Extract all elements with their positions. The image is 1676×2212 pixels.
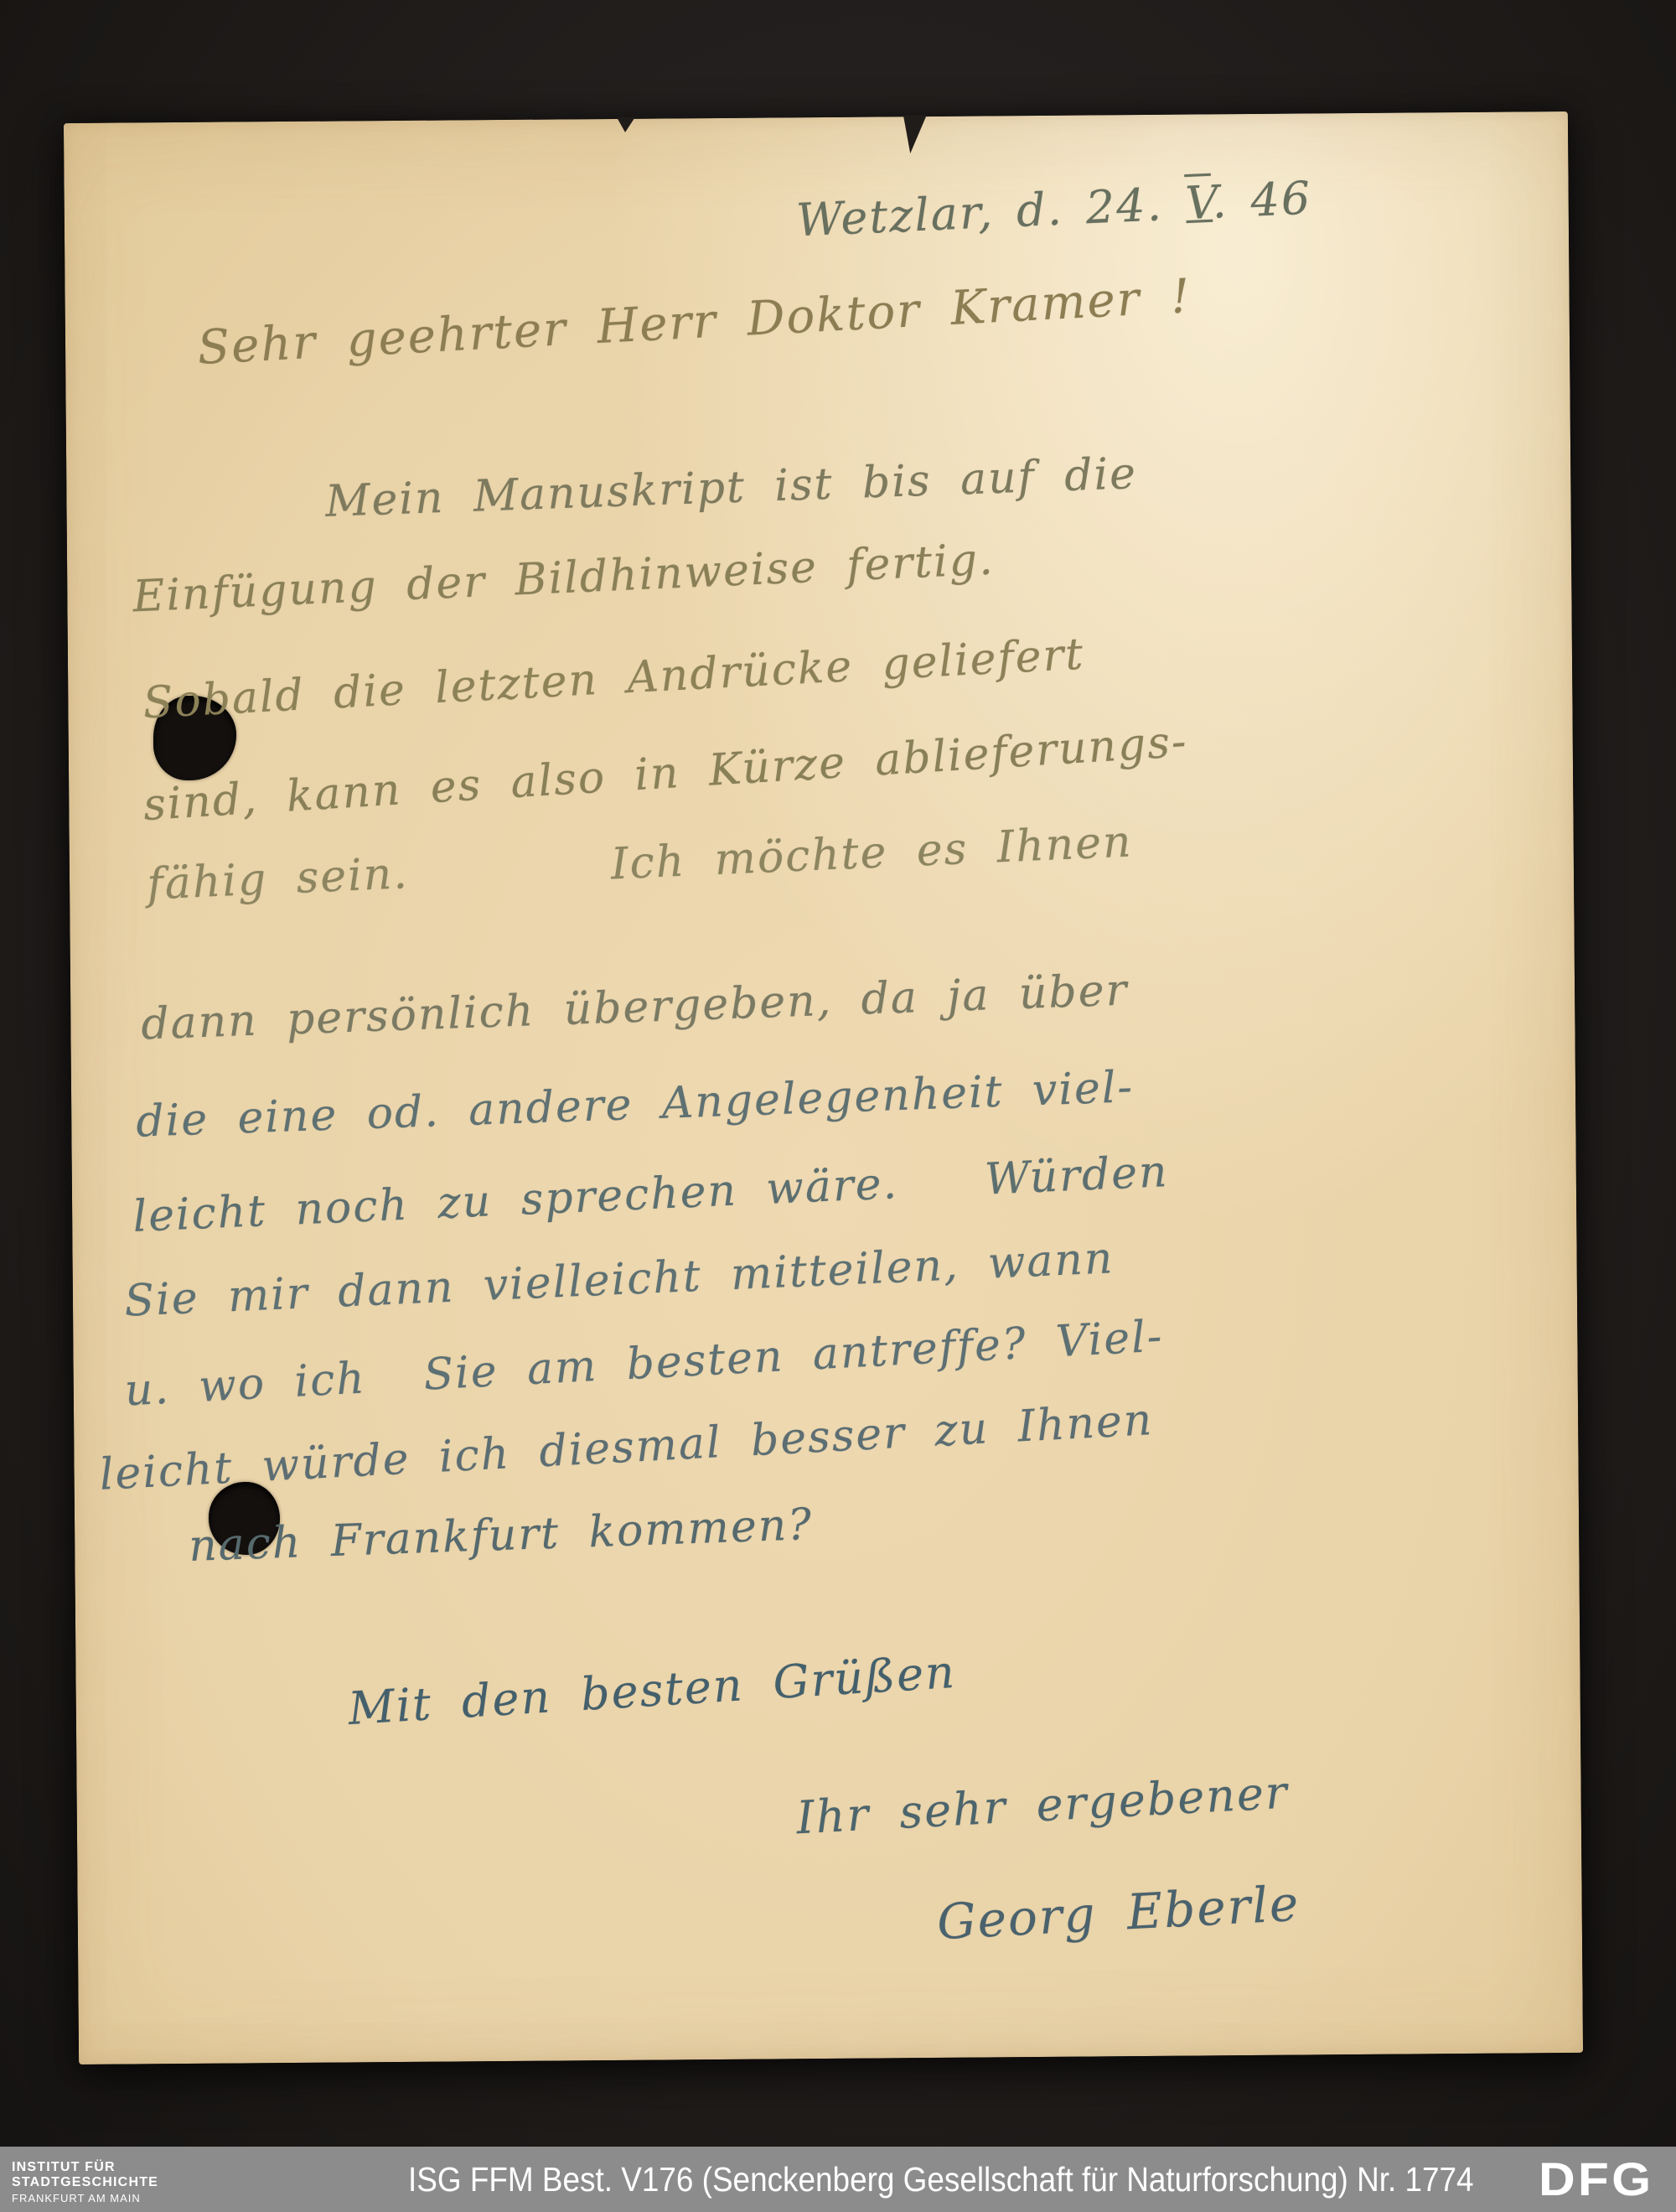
date-roman-numeral: V bbox=[1184, 176, 1213, 230]
archival-scan-view: Wetzlar, d. 24. V. 46 Sehr geehrter Herr… bbox=[0, 0, 1676, 2212]
institution-line: FRANKFURT AM MAIN bbox=[12, 2191, 158, 2206]
archive-reference-caption: ISG FFM Best. V176 (Senckenberg Gesellsc… bbox=[408, 2158, 1268, 2200]
paper-tear-notch bbox=[903, 115, 927, 153]
date-suffix: . 46 bbox=[1211, 172, 1313, 229]
institution-logo: INSTITUT FÜR STADTGESCHICHTE FRANKFURT A… bbox=[12, 2160, 158, 2206]
paper-tear-notch bbox=[617, 117, 635, 132]
dfg-logo: DFG bbox=[1539, 2152, 1653, 2206]
institution-line: INSTITUT FÜR bbox=[12, 2160, 158, 2175]
institution-line: STADTGESCHICHTE bbox=[12, 2175, 158, 2190]
